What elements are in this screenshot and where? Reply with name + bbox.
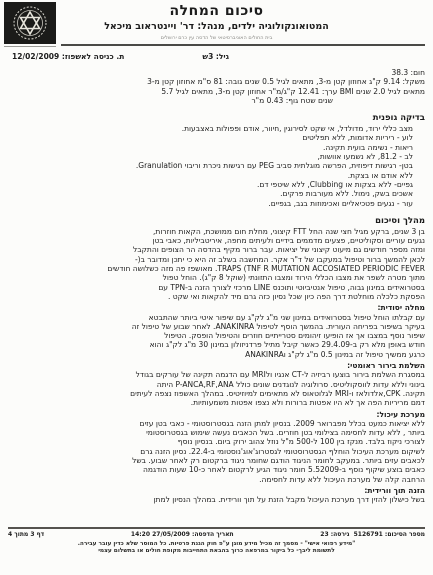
section-heading: הזנה תוך וורידית: — [8, 486, 425, 495]
physical-exam-block: מצב כללי ירוד, מדולדל, אי שקט לסירוגין ,… — [8, 124, 425, 208]
page-number-field: דף 3 מתוך 4 — [8, 531, 44, 538]
hospital-name-line: בית החולים האוניברסיטאי של הדסה עין כרם … — [8, 35, 425, 41]
physical-exam-heading: בדיקה גופנית — [8, 113, 425, 123]
text-line: חום: 38.3 — [8, 68, 425, 77]
text-line: חודש באופן מלא רק ב-29.4.09 כאשר קיבל מת… — [8, 340, 425, 349]
text-line: עור - נגעים פטכיאליים ואכימוזות בגב, בגפ… — [8, 199, 413, 208]
version-label: גירסה: — [331, 531, 350, 538]
text-line: כאבים בוצע שיקוף נוסף ב-5.52009 חומר ניג… — [8, 465, 425, 474]
disclaimer-line-2: לתשומת ליבך- כל ביקור במרפאה כרוך בהבאת … — [8, 548, 425, 556]
section-underlying-disease: מחלה יסודית: עם קבלתו הוחל טיפול בסטרואי… — [8, 303, 425, 359]
header-divider-rule — [61, 44, 425, 46]
text-line: ביותר , ללא עדות לחסימה בצילומי בטן חוזר… — [8, 428, 425, 437]
text-line: בטן- רגישות דיפוזית, הפרשה מוגלתית סביב … — [8, 161, 413, 170]
text-line: במסגרת השלמת בירור בוצעו רביזיה ל-CT אנג… — [8, 370, 425, 379]
text-line: לב - 81.2, לא נשמעו אוושות, — [8, 152, 413, 161]
age-value: גיל: 3ש — [202, 52, 229, 61]
text-line: בן 3 שנים, ברקע מגיל חצי שנה החל FTT קיצ… — [8, 227, 425, 236]
version-value: 23 — [320, 531, 328, 538]
star-of-david-icon — [4, 2, 56, 44]
document-header: סיכום המחלה המטואונקולוגיה ילדים, מנהל: … — [8, 0, 425, 41]
section-gi-system: מערכת עיכול: ללא יציאות כמעט בכלל מפברוא… — [8, 410, 425, 484]
text-line: ללא יציאות כמעט בכלל מפברואר 2009. בנסיו… — [8, 419, 425, 428]
section-heading: השלמת בירור ראומטי: — [8, 361, 425, 370]
text-line: גפיים- ללא בצקות או Clubbing, ללא שיטפי … — [8, 180, 413, 189]
section-body: בשל כישלון להזין דרך מערכת העיכול מקבל ה… — [8, 495, 425, 504]
text-line: הפסקת כלכלה מוחלטת דרך הפה כיון שכל נסיו… — [8, 292, 425, 301]
text-line: ריאות - נשימה בועית תקינה. — [8, 143, 413, 152]
print-date-field: תאריך הדפסה: 27/05/2009 14:20 — [131, 531, 234, 538]
discharge-summary-document: סיכום המחלה המטואונקולוגיה ילדים, מנהל: … — [0, 0, 433, 575]
text-line: בשל כישלון להזין דרך מערכת העיכול מקבל ה… — [8, 495, 425, 504]
text-line: לכאן להמשך ברור וטיפול במעקבו של ד"ר אקר… — [8, 255, 425, 264]
text-line: מתוך מטרה לשפר את מצבו הכללי הירוד ומצבו… — [8, 273, 425, 282]
summary-number-label: מספר הסיכום: — [385, 531, 425, 538]
admission-meta-row: גיל: 3ש ת. כניסה לאשפוז: 12/02/2009 — [8, 48, 425, 65]
privacy-disclaimer: "מידע רפואי אישי" - מסמך זה מכיל מידע מו… — [8, 541, 425, 556]
course-summary-block: בן 3 שנים, ברקע מגיל חצי שנה החל FTT קיצ… — [8, 227, 425, 301]
text-line: שיפור נוסף במצבו אך אז הופיעו זיהומים סט… — [8, 331, 425, 340]
print-date-value: 27/05/2009 14:20 — [131, 531, 190, 538]
text-line: נגעים עוריים וסקוליטיים, פצעים מדממים בי… — [8, 236, 425, 245]
section-body: ללא יציאות כמעט בכלל מפברואר 2009. בנסיו… — [8, 419, 425, 484]
section-body: במסגרת השלמת בירור בוצעו רביזיה ל-CT אנג… — [8, 370, 425, 407]
admission-date-field: ת. כניסה לאשפוז: 12/02/2009 — [12, 52, 124, 61]
text-line: לוע - ריריות אדומות, ללא תפליטים — [8, 133, 413, 142]
text-line: ללא אודם או בצקת. — [8, 171, 413, 180]
section-heading: מערכת עיכול: — [8, 410, 425, 419]
footer-divider-rule — [8, 527, 425, 529]
summary-number-value: 5126791 — [354, 531, 383, 538]
hadassah-logo — [4, 2, 56, 44]
text-line: לשיקום מערכת העיכול הוחלף הגסטרוסטומי לג… — [8, 447, 425, 456]
vitals-block: חום: 38.3משקל: 9.14 ק"ג אחוזון קטן מ-3, … — [8, 68, 425, 105]
text-line: מתאים לגיל 2.0 שנים BMI ערך: 12.41 ק"ג/מ… — [8, 87, 425, 96]
text-line: משקל: 9.14 ק"ג אחוזון קטן מ-3, מתאים לגי… — [8, 77, 425, 86]
text-line: בסטרואידים במינון גבוה, טיפול אנטיביוטי … — [8, 283, 425, 292]
section-heading: מחלה יסודית: — [8, 303, 425, 312]
section-body: עם קבלתו הוחל טיפול בסטרואידים במינון שנ… — [8, 313, 425, 359]
print-date-label: תאריך הדפסה: — [192, 531, 234, 538]
course-summary-heading: מהלך וסיכום — [8, 216, 425, 226]
page-title: סיכום המחלה — [8, 4, 425, 19]
text-line: תקינה. CPK,אלדולאז ו-MRI לגלוטאוס לא מתא… — [8, 389, 425, 398]
text-line: ומזה מספר חודשים גם מיעוט קיצוני של יציא… — [8, 245, 425, 254]
text-line: שנים שטח גוף: 0.43 מ"ר — [8, 96, 333, 105]
admission-date-value: 12/02/2009 — [12, 52, 59, 61]
text-line: TRAPS (TNF R MUTATION ACCOSIATED PERIODI… — [8, 264, 425, 273]
text-line: עם קבלתו הוחל טיפול בסטרואידים במינון שנ… — [8, 313, 425, 322]
section-rheumatic-workup: השלמת בירור ראומטי: במסגרת השלמת בירור ב… — [8, 361, 425, 407]
text-line: בעיקר בשיפור בפריחה העורית. בהמשך הוסף ל… — [8, 322, 425, 331]
text-line: אשכים בשק, נימול. ללא מעורבות פרקים. — [8, 189, 413, 198]
text-line: הרחבה קלה של מערכת העיכול ללא עדות לחסימ… — [8, 475, 425, 484]
footer-meta-row: מספר הסיכום: 5126791 גירסה: 23 תאריך הדפ… — [8, 531, 425, 538]
summary-number-field: מספר הסיכום: 5126791 גירסה: 23 — [320, 531, 425, 538]
department-subtitle: המטואונקולוגיה ילדים, מנהל: דר' ויינטראו… — [8, 21, 425, 32]
section-iv-nutrition: הזנה תוך וורידית: בשל כישלון להזין דרך מ… — [8, 486, 425, 505]
text-line: כרגע ממשיך טיפול זה במינון 0.5 מ"ג לק"ג … — [8, 350, 425, 359]
text-line: לכאבים עזים ביותר. במעקב לחומר הניגוד הו… — [8, 456, 425, 465]
admission-date-label: ת. כניסה לאשפוז: — [62, 52, 125, 61]
text-line: לצורכי ניקוז בלבד. מנקז בין 100 ל-500 מ"… — [8, 437, 425, 446]
text-line: דמם מריריות הפה אך לא היו אפטות ברורות ו… — [8, 398, 425, 407]
text-line: מצב כללי ירוד, מדולדל, אי שקט לסירוגין ,… — [8, 124, 413, 133]
disclaimer-line-1: "מידע רפואי אישי" - מסמך זה מכיל מידע מו… — [8, 541, 425, 549]
logo-underline-rule — [4, 46, 56, 47]
text-line: בינוני וללא עדות לווסקוליטיס. סרולוגיה ל… — [8, 380, 425, 389]
document-footer: מספר הסיכום: 5126791 גירסה: 23 תאריך הדפ… — [8, 527, 425, 556]
